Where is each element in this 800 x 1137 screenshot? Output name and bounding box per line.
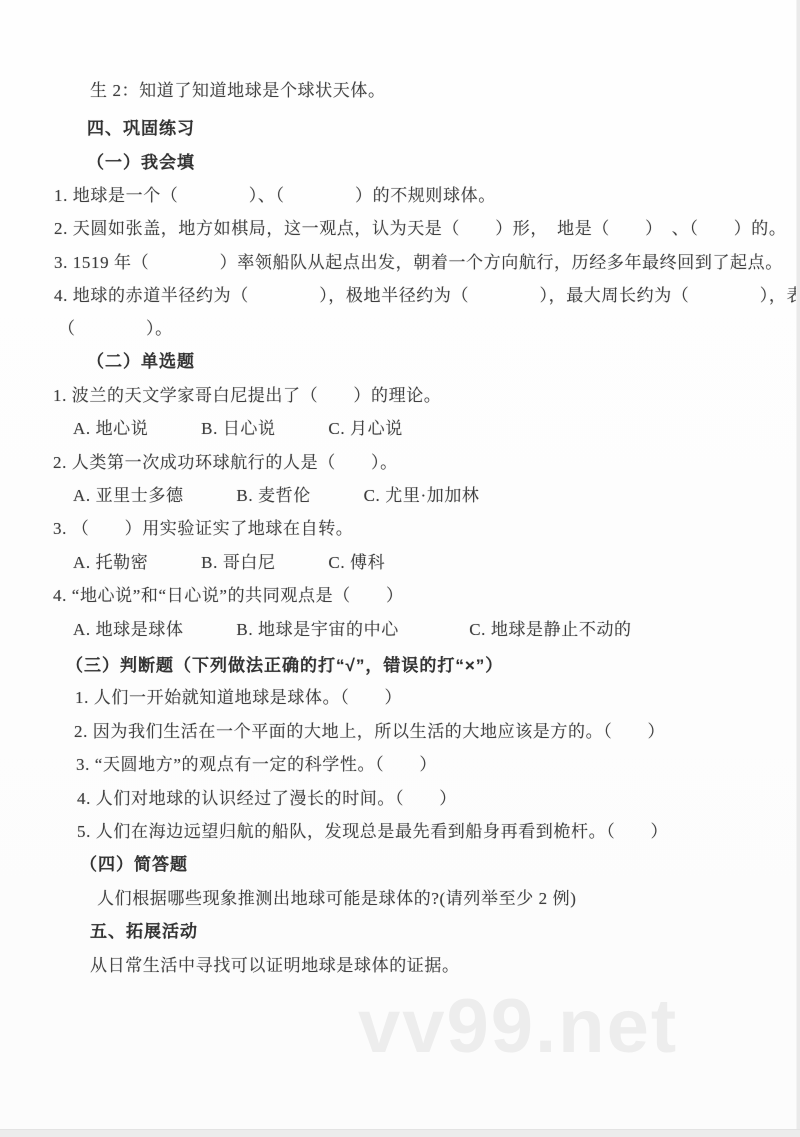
mcq-options: A. 地心说 B. 日心说 C. 月心说 — [73, 418, 403, 440]
short-answer-question: 人们根据哪些现象推测出地球可能是球体的?(请列举至少 2 例) — [97, 888, 576, 910]
mcq-stem: 3. （ ）用实验证实了地球在自转。 — [53, 518, 353, 540]
fill-in-item: 3. 1519 年（ ）率领船队从起点出发，朝着一个方向航行，历经多年最终回到了… — [54, 252, 783, 274]
true-false-item: 1. 人们一开始就知道地球是球体。（ ） — [75, 687, 402, 709]
mcq-options: A. 地球是球体 B. 地球是宇宙的中心 C. 地球是静止不动的 — [73, 619, 632, 641]
mcq-stem: 4. “地心说”和“日心说”的共同观点是（ ） — [53, 585, 404, 607]
section-heading-extension: 五、拓展活动 — [90, 921, 198, 943]
page-bottom-strip — [0, 1129, 800, 1137]
page-right-edge-divider — [796, 0, 800, 1137]
true-false-item: 2. 因为我们生活在一个平面的大地上，所以生活的大地应该是方的。（ ） — [74, 721, 665, 743]
intro-line: 生 2：知道了知道地球是个球状天体。 — [90, 80, 386, 102]
worksheet-page: 生 2：知道了知道地球是个球状天体。 四、巩固练习 （一）我会填 1. 地球是一… — [0, 0, 800, 1137]
true-false-item: 5. 人们在海边远望归航的船队，发现总是最先看到船身再看到桅杆。（ ） — [77, 821, 668, 843]
mcq-stem: 2. 人类第一次成功环球航行的人是（ ）。 — [53, 452, 398, 474]
subsection-heading-short-answer: （四）简答题 — [80, 854, 188, 876]
section-heading-practice: 四、巩固练习 — [87, 118, 195, 140]
subsection-heading-fill-in: （一）我会填 — [87, 152, 195, 174]
fill-in-item: 1. 地球是一个（ ）、（ ）的不规则球体。 — [54, 185, 496, 207]
fill-in-item-continuation: （ ）。 — [58, 318, 173, 340]
site-watermark: vv99.net — [358, 983, 678, 1070]
true-false-item: 4. 人们对地球的认识经过了漫长的时间。（ ） — [77, 788, 457, 810]
mcq-options: A. 亚里士多德 B. 麦哲伦 C. 尤里·加加林 — [73, 485, 480, 507]
subsection-heading-single-choice: （二）单选题 — [87, 351, 195, 373]
mcq-options: A. 托勒密 B. 哥白尼 C. 傅科 — [73, 552, 385, 574]
fill-in-item: 4. 地球的赤道半径约为（ ），极地半径约为（ ），最大周长约为（ ），表面积约… — [54, 285, 800, 307]
mcq-stem: 1. 波兰的天文学家哥白尼提出了（ ）的理论。 — [53, 385, 441, 407]
true-false-item: 3. “天圆地方”的观点有一定的科学性。（ ） — [76, 754, 437, 776]
extension-task: 从日常生活中寻找可以证明地球是球体的证据。 — [90, 955, 460, 977]
subsection-heading-true-false: （三）判断题（下列做法正确的打“√”，错误的打“×”） — [66, 655, 503, 677]
fill-in-item: 2. 天圆如张盖，地方如棋局，这一观点，认为天是（ ）形， 地是（ ） 、（ ）… — [54, 218, 787, 240]
